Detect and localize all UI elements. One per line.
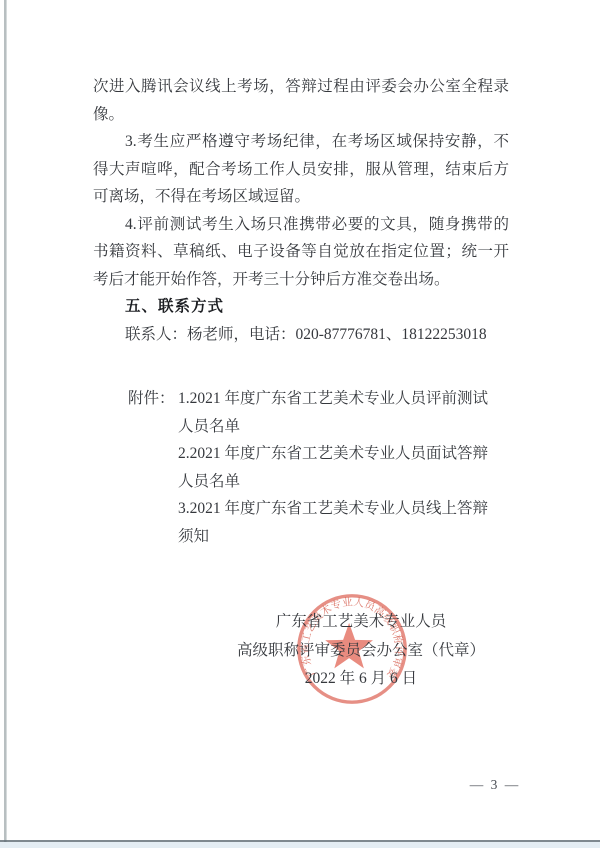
- text-line: 次进入腾讯会议线上考场，答辩过程由评委会办公室全程录: [93, 73, 509, 101]
- text-line: 1.2021 年度广东省工艺美术专业人员评前测试: [178, 385, 509, 413]
- text-line: 可离场，不得在考场区域逗留。: [93, 183, 509, 211]
- scan-edge-bottom-strip: [0, 842, 600, 848]
- page-number: — 3 —: [453, 777, 537, 793]
- attachment-label: 附件：: [128, 385, 178, 413]
- scan-edge-left-light: [6, 0, 7, 842]
- signature-block: 广东省工艺美术专业人员 高级职称评审委员会办公室（代章） 2022 年 6 月 …: [231, 608, 491, 694]
- text-line: 得大声喧哗，配合考场工作人员安排，服从管理，结束后方: [93, 156, 509, 184]
- text-line: 书籍资料、草稿纸、电子设备等自觉放在指定位置；统一开: [93, 238, 509, 266]
- text-line: 人员名单: [178, 468, 509, 496]
- text-line: 联系人：杨老师，电话：020-87776781、18122253018: [93, 321, 509, 349]
- attachment-block: 附件： 1.2021 年度广东省工艺美术专业人员评前测试人员名单2.2021 年…: [93, 385, 509, 550]
- text-line: 五、联系方式: [93, 293, 509, 321]
- signature-date: 2022 年 6 月 6 日: [231, 665, 491, 694]
- document-page: 广东省工艺美术专业人员高级职称评审委员会 次进入腾讯会议线上考场，答辩过程由评委…: [0, 0, 600, 848]
- signature-org-line2: 高级职称评审委员会办公室（代章）: [231, 637, 491, 666]
- text-line: 2.2021 年度广东省工艺美术专业人员面试答辩: [178, 440, 509, 468]
- text-line: 3.2021 年度广东省工艺美术专业人员线上答辩: [178, 495, 509, 523]
- text-line: 3.考生应严格遵守考场纪律，在考场区域保持安静，不: [93, 128, 509, 156]
- text-line: 考后才能开始作答，开考三十分钟后方准交卷出场。: [93, 266, 509, 294]
- document-body: 次进入腾讯会议线上考场，答辩过程由评委会办公室全程录像。3.考生应严格遵守考场纪…: [93, 73, 509, 348]
- text-line: 须知: [178, 523, 509, 551]
- attachment-items: 1.2021 年度广东省工艺美术专业人员评前测试人员名单2.2021 年度广东省…: [178, 385, 509, 550]
- text-line: 人员名单: [178, 413, 509, 441]
- text-line: 4.评前测试考生入场只准携带必要的文具，随身携带的: [93, 211, 509, 239]
- text-line: 像。: [93, 101, 509, 129]
- signature-org-line1: 广东省工艺美术专业人员: [231, 608, 491, 637]
